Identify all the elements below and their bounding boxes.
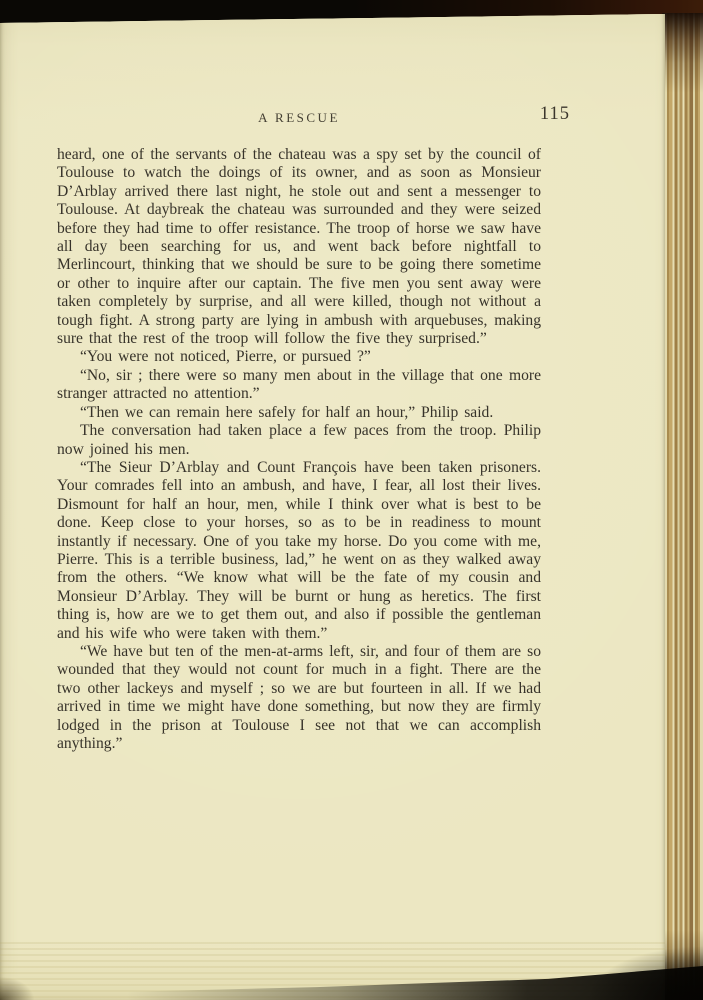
- page-edge-stripes: [662, 13, 703, 1000]
- page-edge-stack: [662, 13, 703, 1000]
- bottom-left-corner-shadow: [0, 974, 46, 1000]
- page-header: A RESCUE 115: [57, 104, 541, 130]
- paragraph-7: “We have but ten of the men-at-arms left…: [57, 643, 541, 753]
- bottom-right-corner-shadow: [553, 930, 703, 1000]
- paragraph-6: “The Sieur D’Arblay and Count François h…: [57, 459, 541, 643]
- paragraph-5: The conversation had taken place a few p…: [57, 422, 541, 459]
- scanned-book-photo: A RESCUE 115 heard, one of the servants …: [0, 0, 703, 1000]
- book-page: A RESCUE 115 heard, one of the servants …: [0, 0, 665, 1000]
- page-number: 115: [540, 104, 570, 125]
- page-body: heard, one of the servants of the chatea…: [57, 146, 541, 753]
- running-title: A RESCUE: [258, 110, 340, 126]
- paragraph-4: “Then we can remain here safely for half…: [57, 404, 541, 422]
- paragraph-3: “No, sir ; there were so many men about …: [57, 367, 541, 404]
- page-edge-top-shadow: [662, 13, 703, 93]
- paragraph-1: heard, one of the servants of the chatea…: [57, 146, 541, 348]
- paragraph-2: “You were not noticed, Pierre, or pursue…: [57, 348, 541, 366]
